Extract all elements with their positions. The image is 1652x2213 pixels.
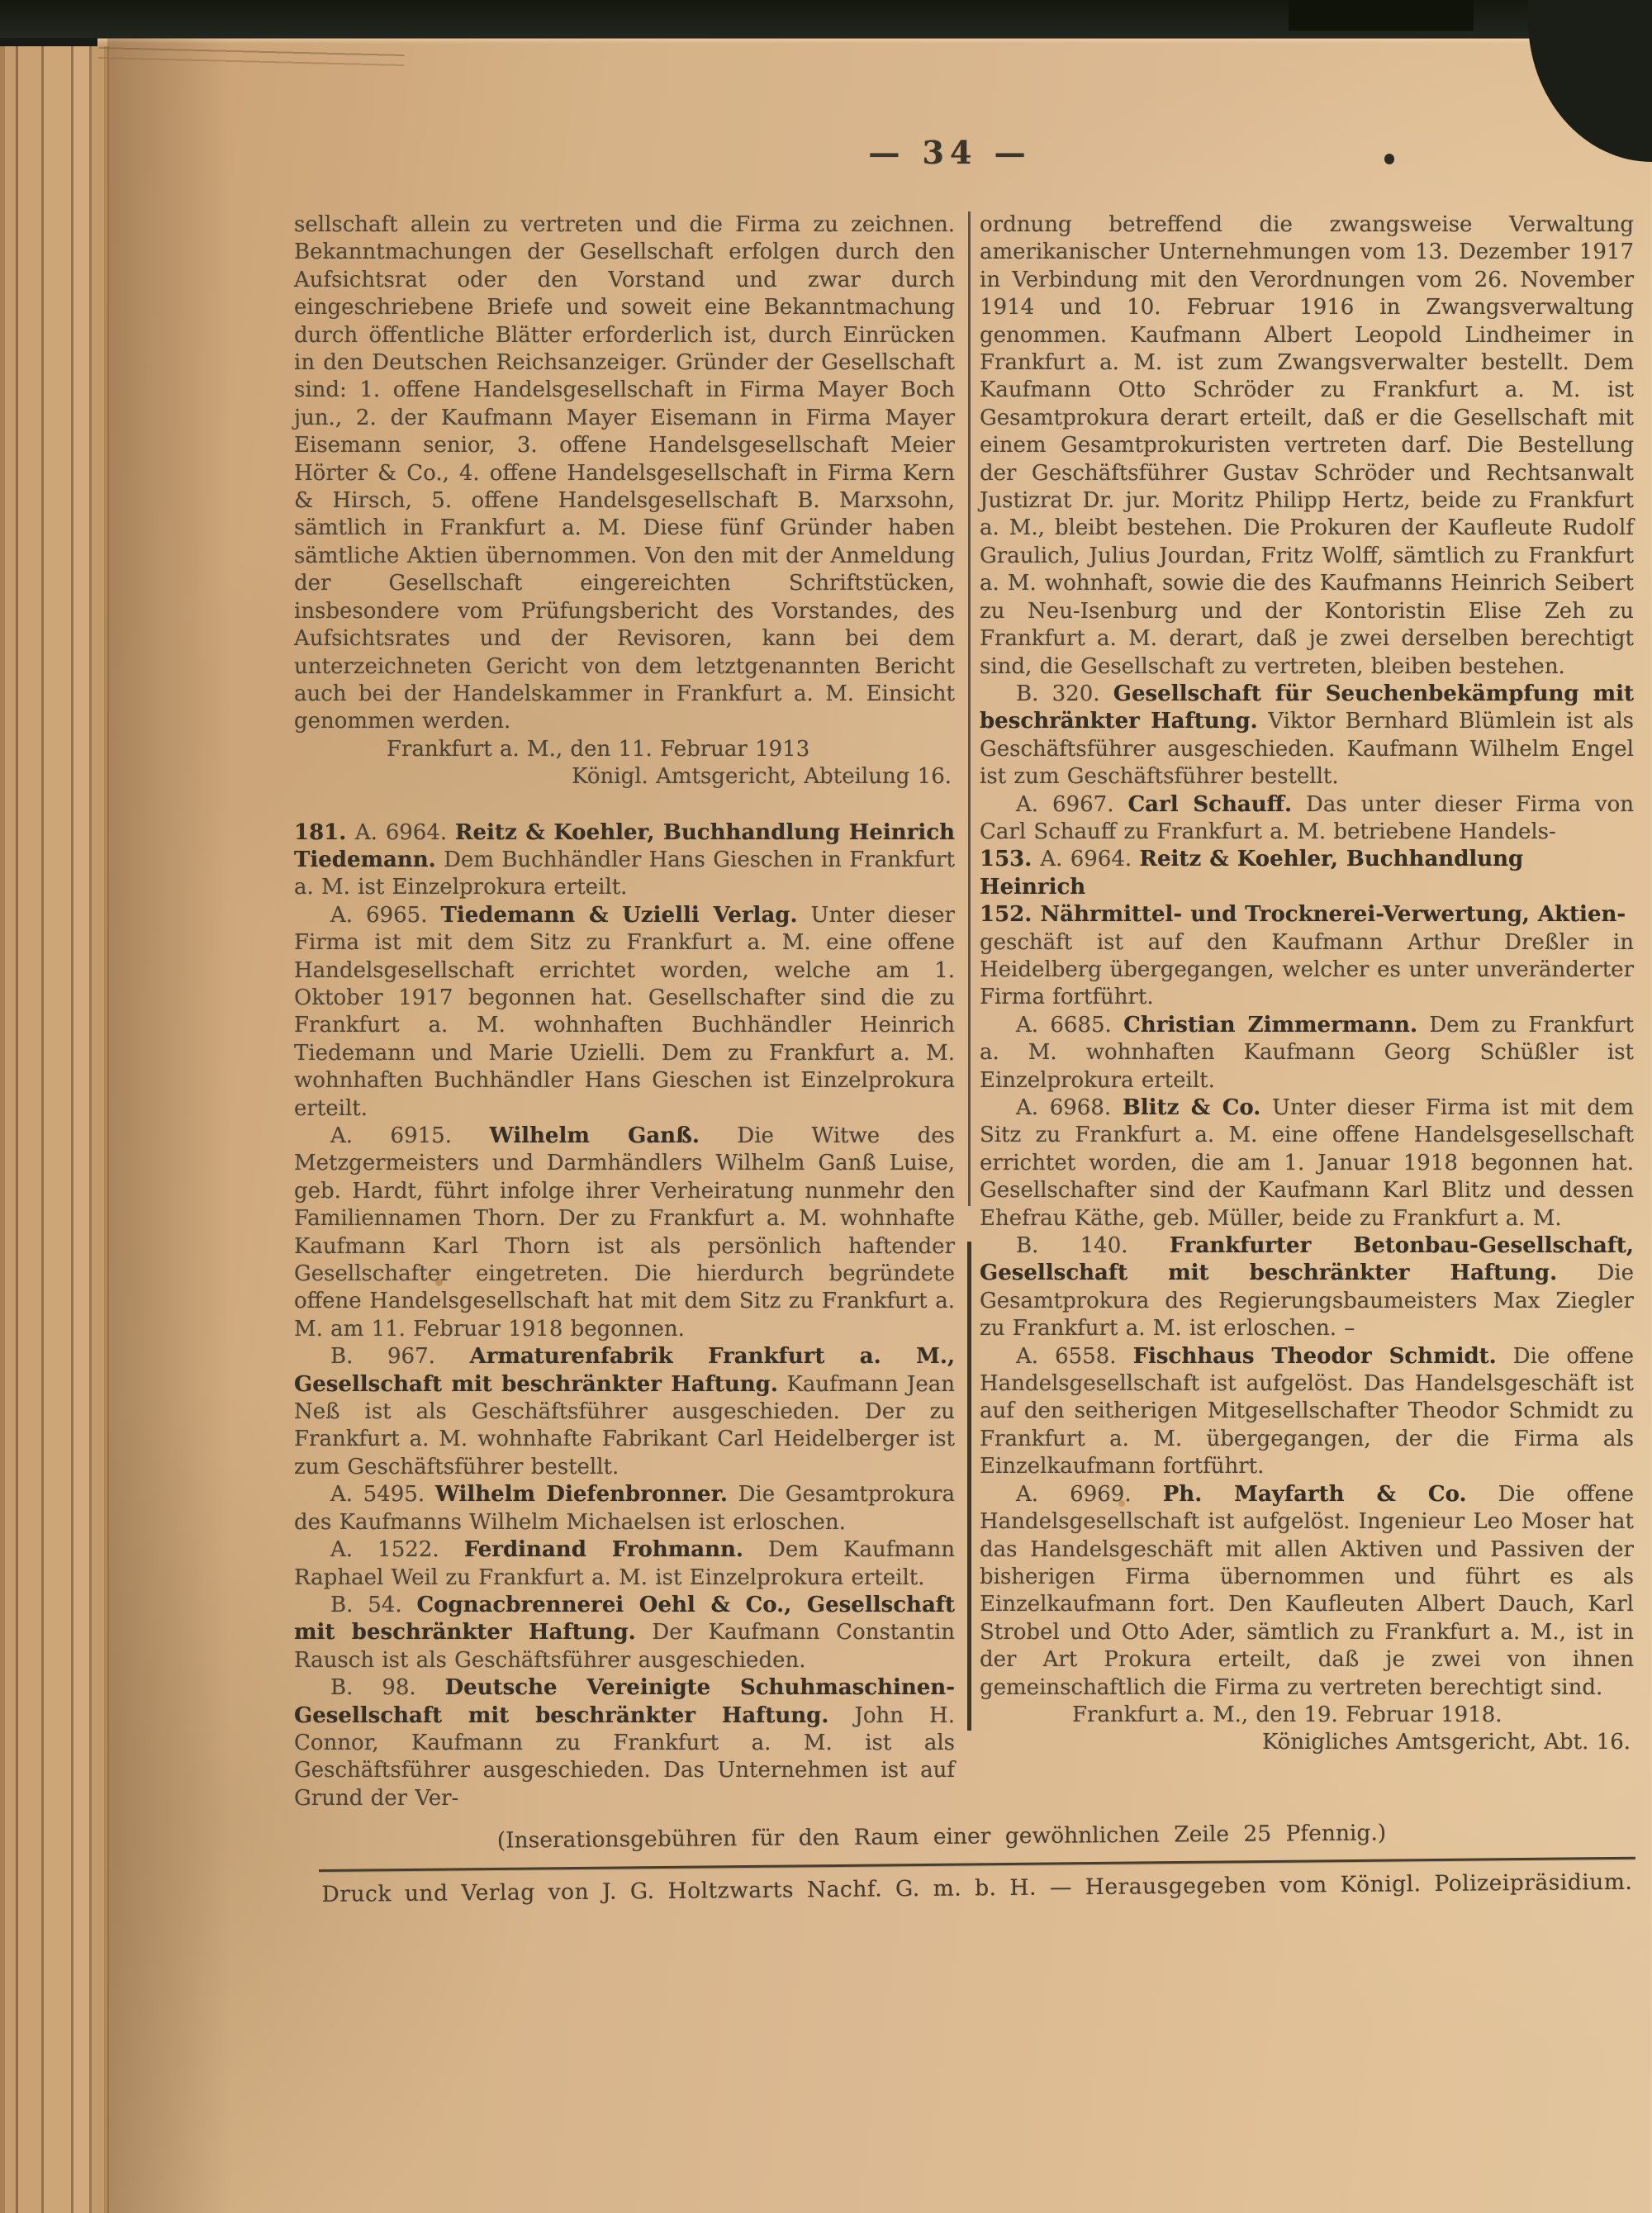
paragraph: B. 320. Gesellschaft für Seuchenbekämpfu… <box>980 681 1634 791</box>
text-segment: A. 6965. <box>330 903 441 928</box>
paragraph: 153. A. 6964. Reitz & Koehler, Buchhandl… <box>980 846 1634 901</box>
firm-name: 153. <box>980 847 1040 871</box>
ink-dot <box>1384 154 1394 164</box>
text-segment: A. 6969. <box>1016 1482 1163 1507</box>
paragraph: A. 5495. Wilhelm Diefenbronner. Die Gesa… <box>294 1481 955 1536</box>
paragraph: B. 967. Armaturenfabrik Frankfurt a. M.,… <box>294 1343 955 1481</box>
text-segment: B. 140. <box>1016 1233 1170 1258</box>
right-column: ordnung betreffend die zwangsweise Verwa… <box>980 211 1634 1757</box>
paragraph: geschäft ist auf den Kaufmann Arthur Dre… <box>980 929 1634 1012</box>
book-page-edges <box>0 46 109 2213</box>
paragraph: 152. Nährmittel- und Trocknerei-Verwertu… <box>980 901 1634 928</box>
text-segment: sellschaft allein zu vertreten und die F… <box>294 212 955 734</box>
text-segment: Unter dieser Firma ist mit dem Sitz zu F… <box>294 903 955 1121</box>
left-column: sellschaft allein zu vertreten und die F… <box>294 211 955 1812</box>
scanned-register-page: — 34 — sellschaft allein zu vertreten un… <box>0 0 1652 2213</box>
firm-name: Blitz & Co. <box>1123 1095 1261 1120</box>
firm-name: Ph. Mayfarth & Co. <box>1163 1482 1467 1507</box>
paragraph: B. 98. Deutsche Vereinigte Schuhmaschine… <box>294 1674 955 1812</box>
text-segment: Königl. Amtsgericht, Abteilung 16. <box>572 764 952 789</box>
text-segment: geschäft ist auf den Kaufmann Arthur Dre… <box>980 930 1634 1010</box>
text-segment: Die Witwe des Metzgermeisters und Darmhä… <box>294 1123 955 1342</box>
paragraph: A. 6969. Ph. Mayfarth & Co. Die offene H… <box>980 1481 1634 1702</box>
paragraph: Frankfurt a. M., den 11. Februar 1913 <box>294 736 955 763</box>
firm-name: Christian Zimmermann. <box>1123 1013 1417 1038</box>
paragraph: sellschaft allein zu vertreten und die F… <box>294 211 955 736</box>
text-segment: ordnung betreffend die zwangsweise Verwa… <box>980 212 1634 679</box>
firm-name: Fischhaus Theodor Schmidt. <box>1133 1344 1497 1369</box>
text-segment: A. 1522. <box>330 1537 464 1562</box>
firm-name: Nährmittel- und Trocknerei-Verwertung, A… <box>1040 902 1626 927</box>
paragraph: 181. A. 6964. Reitz & Koehler, Buchhandl… <box>294 819 955 902</box>
firm-name: 181. <box>294 820 355 845</box>
firm-name: Wilhelm Ganß. <box>490 1123 700 1148</box>
paragraph: A. 6965. Tiedemann & Uzielli Verlag. Unt… <box>294 902 955 1123</box>
column-divider <box>968 211 971 1206</box>
paragraph: A. 6968. Blitz & Co. Unter dieser Firma … <box>980 1095 1634 1232</box>
paragraph: A. 6685. Christian Zimmermann. Dem zu Fr… <box>980 1012 1634 1095</box>
text-segment: B. 54. <box>330 1593 416 1617</box>
text-segment: Frankfurt a. M., den 19. Februar 1918. <box>1072 1702 1502 1727</box>
text-segment: B. 98. <box>330 1675 445 1700</box>
paragraph: A. 6967. Carl Schauff. Das unter dieser … <box>980 791 1634 847</box>
firm-name: Carl Schauff. <box>1127 792 1292 817</box>
scan-edge-tab-left <box>1289 0 1474 31</box>
paragraph: Königliches Amtsgericht, Abt. 16. <box>980 1729 1634 1756</box>
page-number: — 34 — <box>843 134 1057 171</box>
paragraph: A. 6915. Wilhelm Ganß. Die Witwe des Met… <box>294 1123 955 1343</box>
column-divider-lower <box>967 1242 971 1731</box>
text-segment: Die offene Handelsgesellschaft ist aufge… <box>980 1482 1634 1700</box>
paragraph: ordnung betreffend die zwangsweise Verwa… <box>980 211 1634 681</box>
book-page-top-edges <box>98 40 405 82</box>
paragraph: A. 1522. Ferdinand Frohmann. Dem Kaufman… <box>294 1536 955 1592</box>
text-segment: Frankfurt a. M., den 11. Februar 1913 <box>387 737 809 762</box>
text-segment: A. 6968. <box>1016 1095 1123 1120</box>
paragraph: A. 6558. Fischhaus Theodor Schmidt. Die … <box>980 1343 1634 1481</box>
text-segment: A. 6964. <box>1040 847 1139 871</box>
paragraph: B. 140. Frankfurter Betonbau-Gesellschaf… <box>980 1232 1634 1343</box>
paragraph: B. 54. Cognacbrennerei Oehl & Co., Gesel… <box>294 1592 955 1674</box>
text-segment: A. 5495. <box>330 1482 435 1507</box>
firm-name: Tiedemann & Uzielli Verlag. <box>441 903 798 928</box>
paragraph: Königl. Amtsgericht, Abteilung 16. <box>294 763 955 791</box>
text-segment: B. 320. <box>1016 681 1113 706</box>
binding-shadow <box>107 38 231 2213</box>
firm-name: Wilhelm Diefenbronner. <box>435 1482 728 1507</box>
text-segment: A. 6558. <box>1016 1344 1133 1369</box>
paragraph: Frankfurt a. M., den 19. Februar 1918. <box>980 1702 1634 1729</box>
text-segment: A. 6967. <box>1016 792 1127 817</box>
text-segment: B. 967. <box>330 1344 470 1369</box>
firm-name: Ferdinand Frohmann. <box>464 1537 743 1562</box>
text-segment: Königliches Amtsgericht, Abt. 16. <box>1262 1730 1631 1755</box>
text-segment: A. 6685. <box>1016 1013 1123 1038</box>
text-segment: A. 6915. <box>330 1123 490 1148</box>
text-segment: A. 6964. <box>355 820 455 845</box>
firm-name: 152. <box>980 902 1040 927</box>
